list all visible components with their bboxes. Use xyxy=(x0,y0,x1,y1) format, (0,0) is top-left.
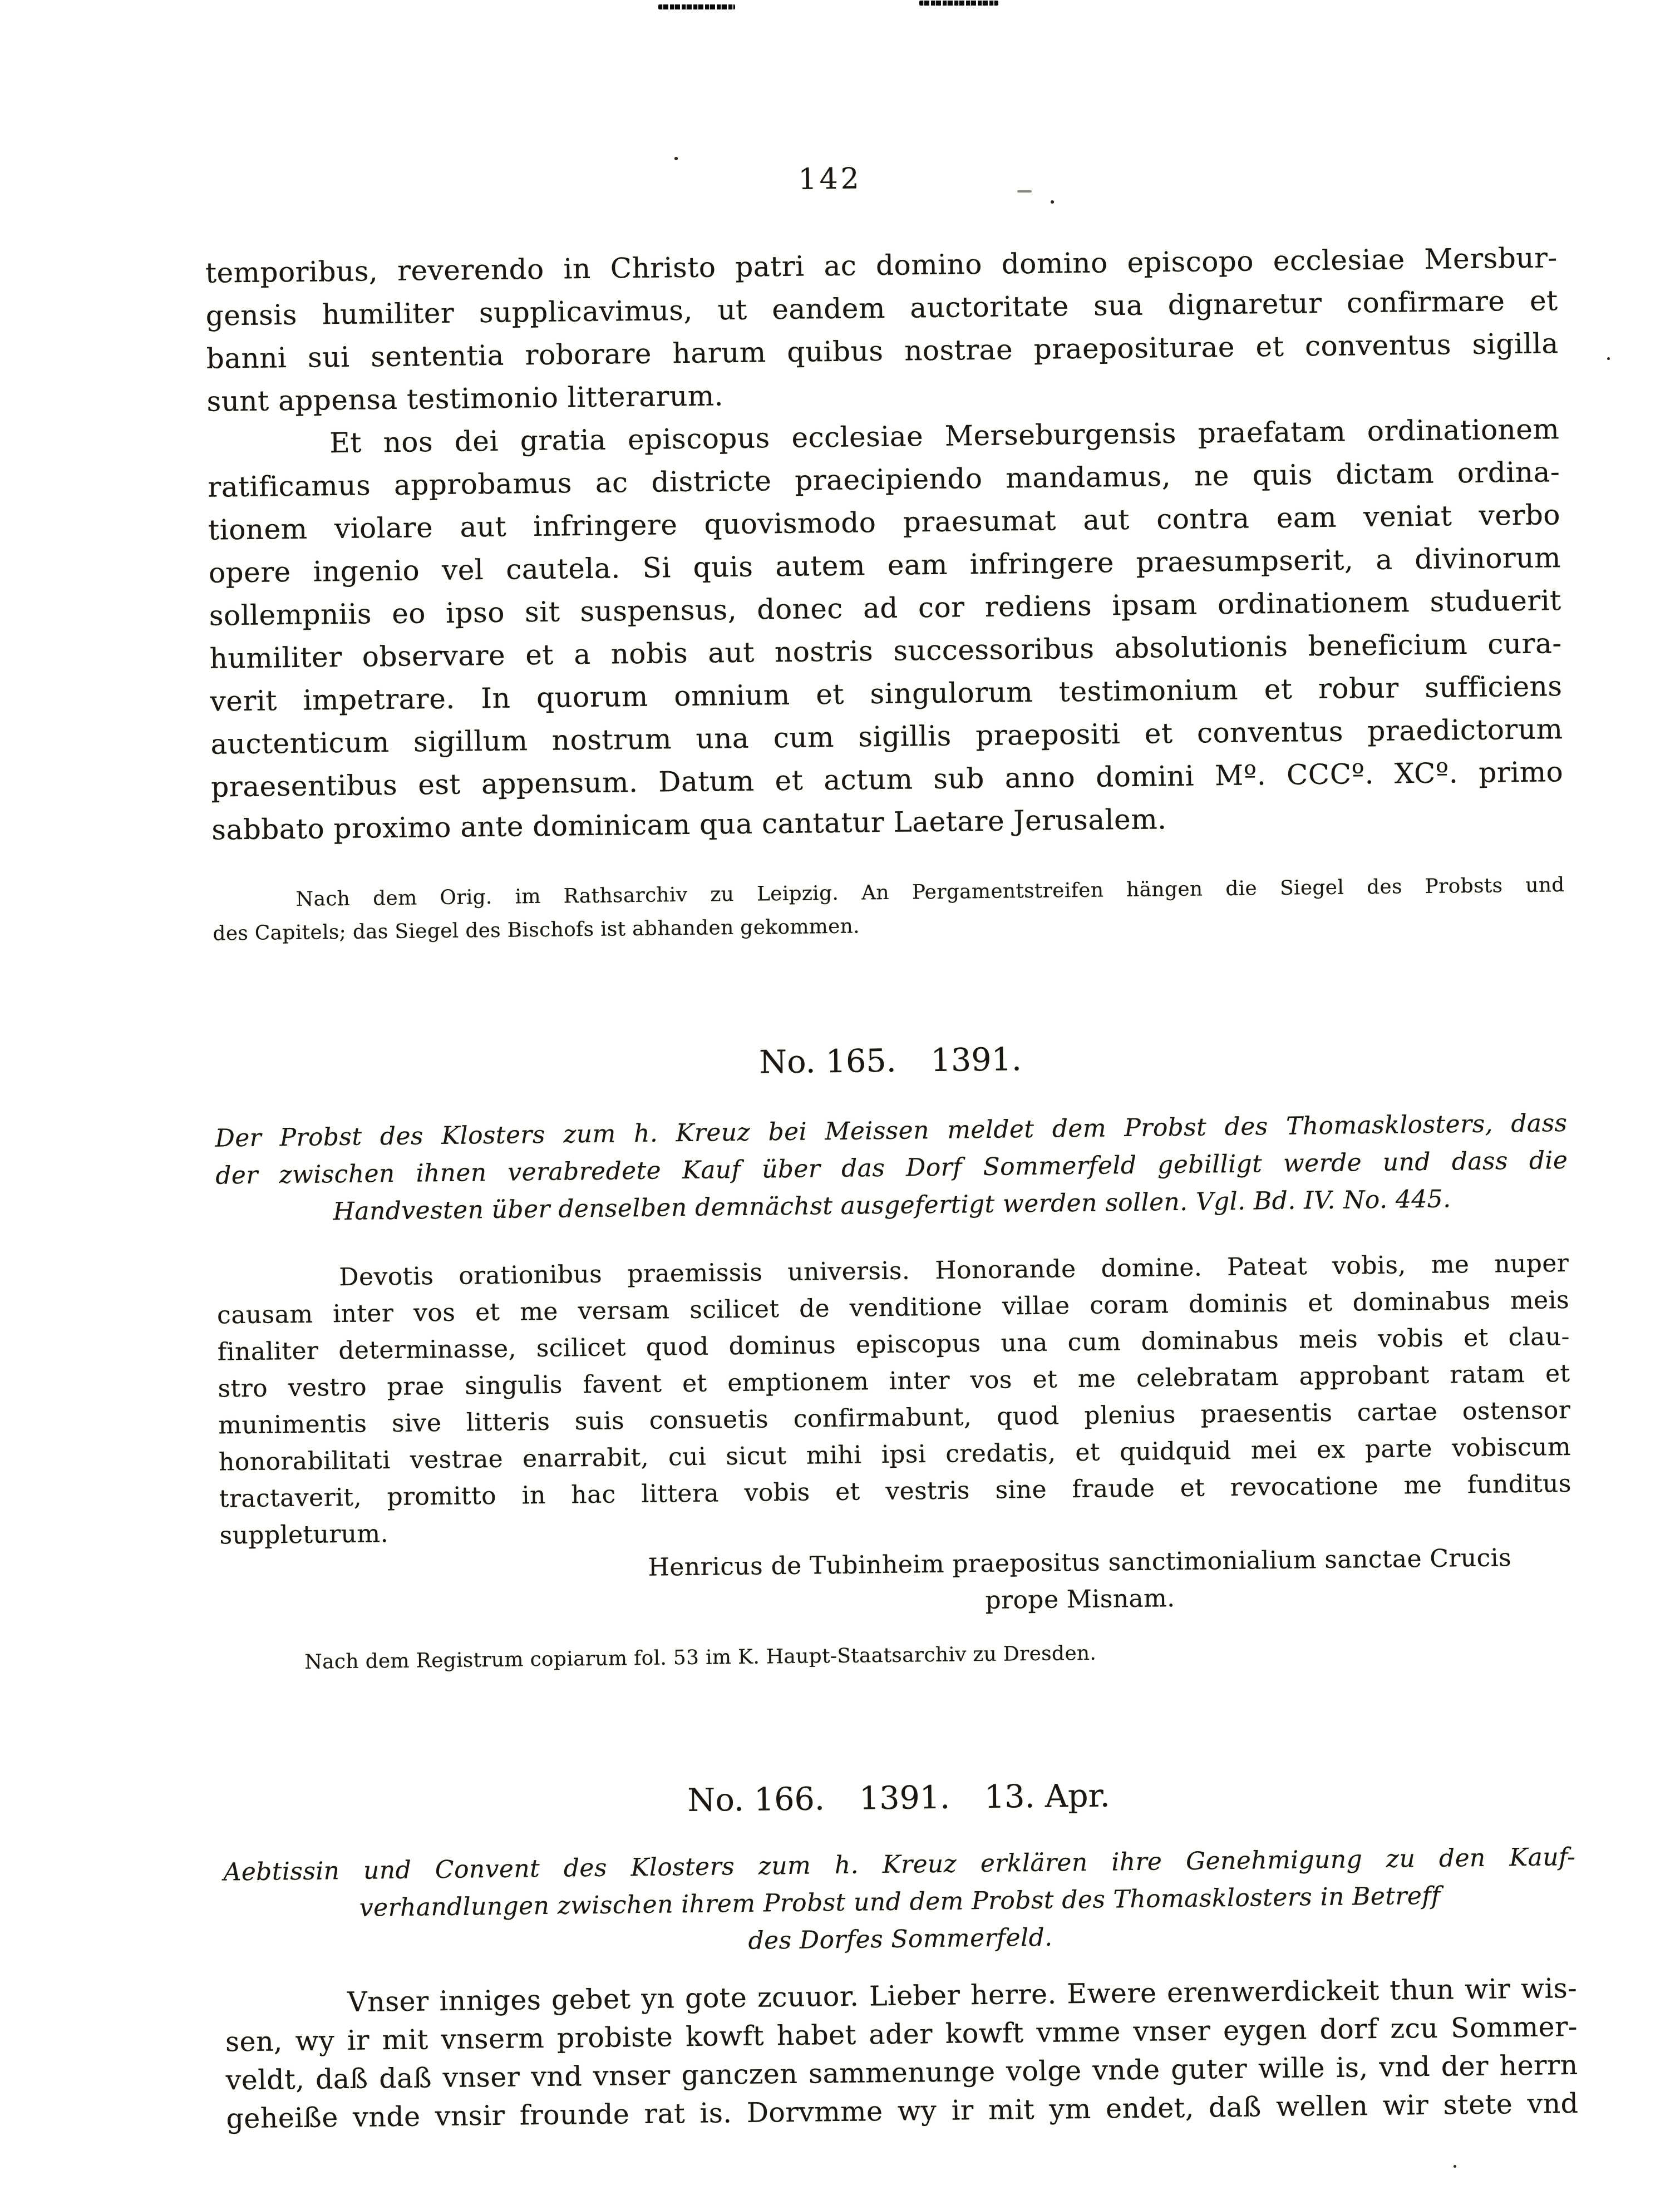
signature-block: Henricus de Tubinheim praepositus sancti… xyxy=(587,1539,1573,1624)
paragraph-continuation: temporibus, reverendo in Christo patri a… xyxy=(205,236,1559,423)
entry-166-body: Vnser inniges gebet yn gote zcuuor. Lieb… xyxy=(225,1969,1579,2138)
paragraph-confirmation: Et nos dei gratia episcopus ecclesiae Me… xyxy=(207,408,1564,852)
entry-number: No. 166. xyxy=(687,1777,825,1823)
entry-166-heading: No. 166. 1391. 13. Apr. xyxy=(223,1768,1575,1828)
text-column: temporibus, reverendo in Christo patri a… xyxy=(205,236,1579,2138)
page-content: 142 temporibus, reverendo in Christo pat… xyxy=(0,0,1680,2140)
entry-number: No. 165. xyxy=(759,1039,896,1085)
source-note: Nach dem Registrum copiarum fol. 53 im K… xyxy=(221,1631,1574,1680)
source-note: Nach dem Orig. im Rathsarchiv zu Leipzig… xyxy=(212,869,1565,951)
entry-year: 1391. xyxy=(859,1775,950,1821)
text-line: Nach dem Registrum copiarum fol. 53 im K… xyxy=(221,1631,1574,1680)
entry-date: 13. Apr. xyxy=(984,1773,1110,1819)
entry-165-summary: Der Probst des Klosters zum h. Kreuz bei… xyxy=(215,1104,1568,1232)
entry-165-heading: No. 165. 1391. xyxy=(214,1031,1567,1091)
entry-165-body: Devotis orationibus praemissis universis… xyxy=(216,1245,1573,1628)
scan-speck-artifact xyxy=(1454,2165,1456,2168)
scanned-book-page: 142 temporibus, reverendo in Christo pat… xyxy=(0,0,1680,2205)
entry-year: 1391. xyxy=(930,1037,1022,1083)
page-number: 142 xyxy=(0,0,1670,205)
entry-166-summary: Aebtissin und Convent des Klosters zum h… xyxy=(223,1838,1576,1966)
